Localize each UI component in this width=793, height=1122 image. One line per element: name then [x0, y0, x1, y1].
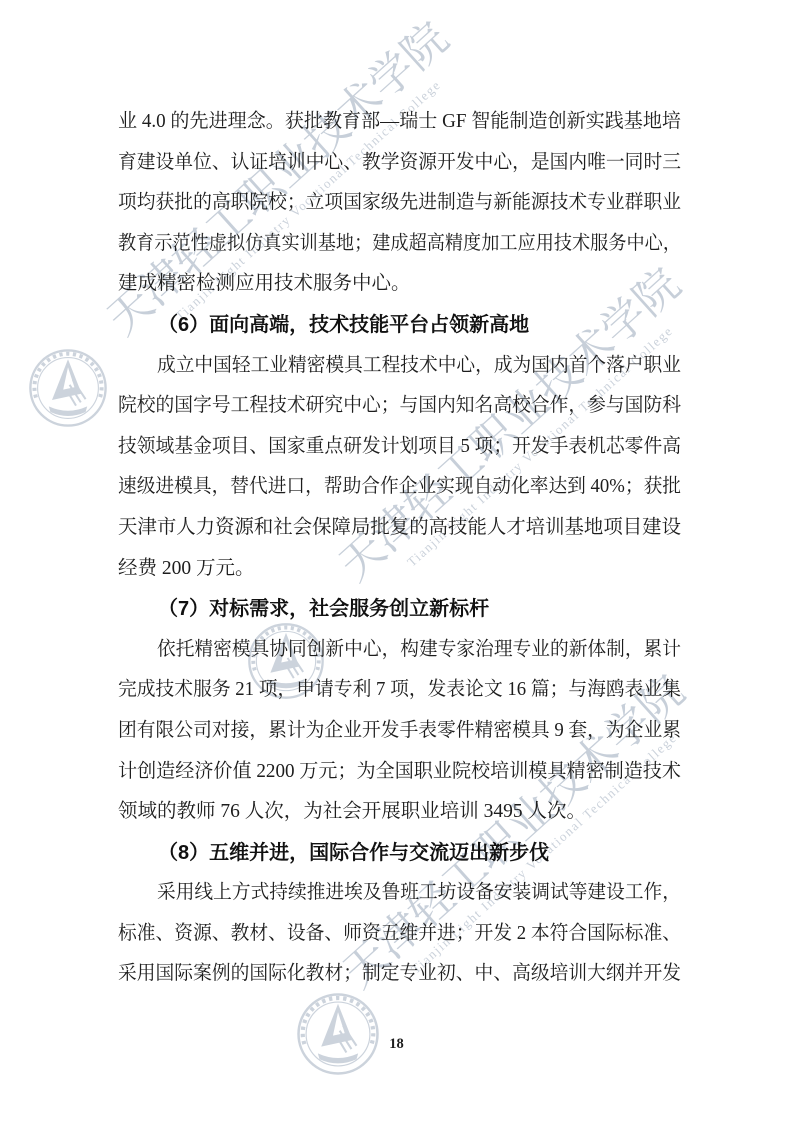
text-line: 采用线上方式持续推进埃及鲁班工坊设备安装调试等建设工作，	[118, 873, 681, 914]
section-heading: （8）五维并进，国际合作与交流迈出新步伐	[118, 833, 681, 874]
text-line: 建成精密检测应用技术服务中心。	[118, 264, 681, 305]
text-line: 依托精密模具协同创新中心，构建专家治理专业的新体制，累计	[118, 630, 681, 671]
text-line: 业 4.0 的先进理念。获批教育部—瑞士 GF 智能制造创新实践基地培	[118, 102, 681, 143]
document-page: { "watermark": { "cn": "天津轻工职业技术学院", "en…	[0, 0, 793, 1122]
text-line: 教育示范性虚拟仿真实训基地；建成超高精度加工应用技术服务中心，	[118, 224, 681, 265]
text-line: 团有限公司对接，累计为企业开发手表零件精密模具 9 套，为企业累	[118, 711, 681, 752]
text-line: 院校的国字号工程技术研究中心；与国内知名高校合作，参与国防科	[118, 386, 681, 427]
text-line: 采用国际案例的国际化教材；制定专业初、中、高级培训大纲并开发	[118, 954, 681, 995]
college-seal-icon	[28, 348, 108, 428]
text-line: 天津市人力资源和社会保障局批复的高技能人才培训基地项目建设	[118, 508, 681, 549]
text-line: 领域的教师 76 人次，为社会开展职业培训 3495 人次。	[118, 792, 681, 833]
text-line: 育建设单位、认证培训中心、教学资源开发中心，是国内唯一同时三	[118, 143, 681, 184]
text-line: 计创造经济价值 2200 万元；为全国职业院校培训模具精密制造技术	[118, 752, 681, 793]
section-heading: （7）对标需求，社会服务创立新标杆	[118, 589, 681, 630]
college-seal-icon	[296, 992, 380, 1076]
text-line: 经费 200 万元。	[118, 549, 681, 590]
text-line: 标准、资源、教材、设备、师资五维并进；开发 2 本符合国际标准、	[118, 914, 681, 955]
text-line: 技领域基金项目、国家重点研发计划项目 5 项；开发手表机芯零件高	[118, 427, 681, 468]
text-line: 项均获批的高职院校；立项国家级先进制造与新能源技术专业群职业	[118, 183, 681, 224]
section-heading: （6）面向高端，技术技能平台占领新高地	[118, 305, 681, 346]
text-line: 速级进模具，替代进口，帮助合作企业实现自动化率达到 40%；获批	[118, 467, 681, 508]
text-line: 成立中国轻工业精密模具工程技术中心，成为国内首个落户职业	[118, 346, 681, 387]
page-number: 18	[0, 1036, 793, 1053]
document-body: 业 4.0 的先进理念。获批教育部—瑞士 GF 智能制造创新实践基地培 育建设单…	[118, 102, 681, 995]
text-line: 完成技术服务 21 项，申请专利 7 项，发表论文 16 篇；与海鸥表业集	[118, 670, 681, 711]
